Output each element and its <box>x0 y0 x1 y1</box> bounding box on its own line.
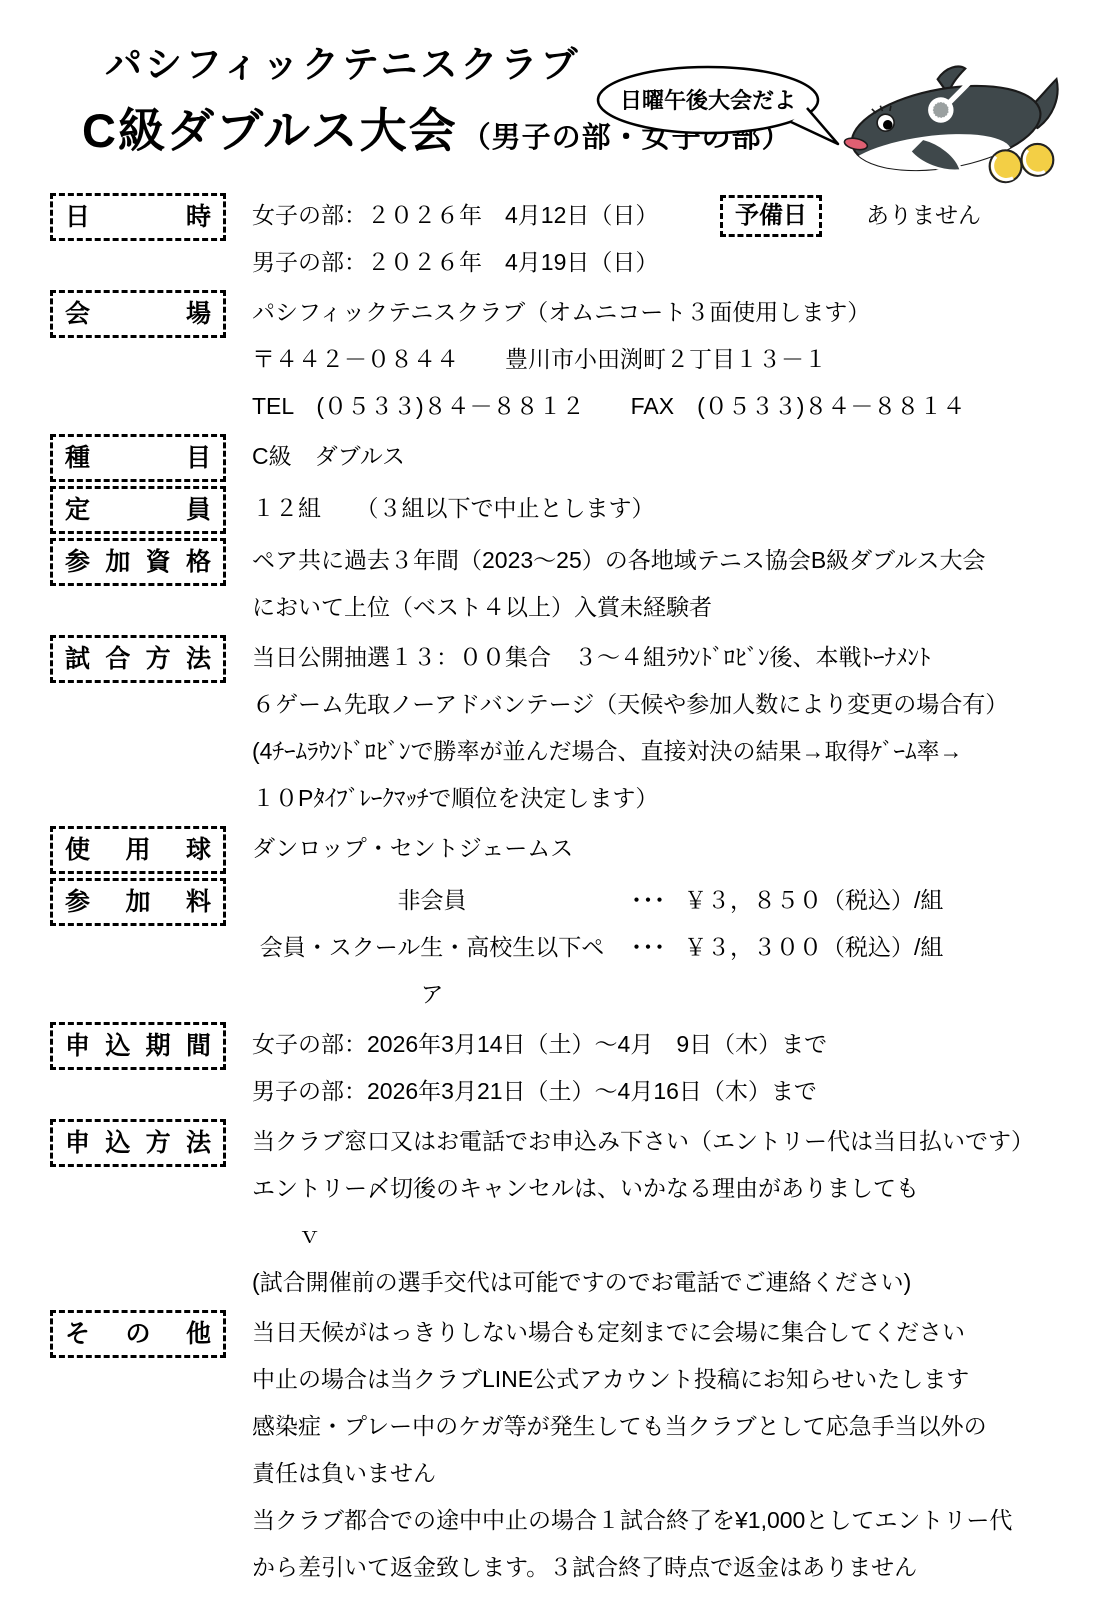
section-label-box: 参加資格 <box>50 538 226 586</box>
text-line: パシフィックテニスクラブ（オムニコート３面使用します） <box>252 289 1062 336</box>
speech-bubble-icon: 日曜午後大会だよ <box>595 62 850 154</box>
section-content: パシフィックテニスクラブ（オムニコート３面使用します）〒４４２－０８４４ 豊川市… <box>252 289 1062 430</box>
section-content: 非会員･･･￥３，８５０（税込）/組会員・スクール生・高校生以下ペア･･･￥３，… <box>252 877 1062 1018</box>
section-teiin: 定員１２組 （３組以下で中止とします） <box>50 485 1062 534</box>
section-content: 当日天候がはっきりしない場合も定刻までに会場に集合してください中止の場合は当クラ… <box>252 1309 1062 1591</box>
flyer-page: パシフィックテニスクラブ C級ダブルス大会 （男子の部・女子の部） 日曜午後大会… <box>0 0 1100 1600</box>
text-line: ペア共に過去３年間（2023～25）の各地域テニス協会B級ダブルス大会 <box>252 537 1062 584</box>
section-sankaryo: 参加料非会員･･･￥３，８５０（税込）/組会員・スクール生・高校生以下ペア･･･… <box>50 877 1062 1018</box>
section-sonota: その他当日天候がはっきりしない場合も定刻までに会場に集合してください中止の場合は… <box>50 1309 1062 1591</box>
text-line: 責任は負いません <box>252 1450 1062 1497</box>
fee-dots: ･･･ <box>612 924 684 1018</box>
section-kaijo: 会場パシフィックテニスクラブ（オムニコート３面使用します）〒４４２－０８４４ 豊… <box>50 289 1062 430</box>
section-moshikomi-hoho: 申込方法当クラブ窓口又はお電話でお申込み下さい（エントリー代は当日払いです）エン… <box>50 1118 1062 1306</box>
fee-row: 非会員･･･￥３，８５０（税込）/組 <box>252 877 1062 924</box>
section-label-box: 定員 <box>50 486 226 534</box>
text-line: ６ゲーム先取ノーアドバンテージ（天候や参加人数により変更の場合有） <box>252 681 1062 728</box>
text-line: から差引いて返金致します。３試合終了時点で返金はありません <box>252 1544 1062 1591</box>
text-line: １０Pﾀｲﾌﾞﾚｰｸﾏｯﾁで順位を決定します） <box>252 775 1062 822</box>
section-content: ペア共に過去３年間（2023～25）の各地域テニス協会B級ダブルス大会において上… <box>252 537 1062 631</box>
text-line: ダンロップ・セントジェームス <box>252 825 1062 872</box>
section-content: 女子の部：２０２６年 4月12日（日）予備日ありません男子の部：２０２６年 4月… <box>252 192 1062 286</box>
text-line: 女子の部：２０２６年 4月12日（日） <box>252 192 720 239</box>
section-content: 当クラブ窓口又はお電話でお申込み下さい（エントリー代は当日払いです）エントリー〆… <box>252 1118 1062 1306</box>
text-line: TEL (０５３３)８４－８８１２ FAX (０５３３)８４－８８１４ <box>252 383 1062 430</box>
fee-row: 会員・スクール生・高校生以下ペア･･･￥３，３００（税込）/組 <box>252 924 1062 1018</box>
section-label-box: 申込期間 <box>50 1022 226 1070</box>
speech-bubble-text: 日曜午後大会だよ <box>620 88 796 113</box>
reserve-day-label-box: 予備日 <box>720 195 822 237</box>
text-line: C級 ダブルス <box>252 433 1062 480</box>
section-label-box: その他 <box>50 1310 226 1358</box>
section-shiyo-kyu: 使用球ダンロップ・セントジェームス <box>50 825 1062 874</box>
text-line: ｖ <box>252 1212 1062 1259</box>
sections: 日時女子の部：２０２６年 4月12日（日）予備日ありません男子の部：２０２６年 … <box>50 192 1062 1591</box>
text-line: 〒４４２－０８４４ 豊川市小田渕町２丁目１３－１ <box>252 336 1062 383</box>
mascot <box>840 62 1065 194</box>
text-line: において上位（ベスト４以上）入賞未経験者 <box>252 584 1062 631</box>
event-title: C級ダブルス大会 <box>82 94 458 161</box>
section-nichiji: 日時女子の部：２０２６年 4月12日（日）予備日ありません男子の部：２０２６年 … <box>50 192 1062 286</box>
section-sanka-shikaku: 参加資格ペア共に過去３年間（2023～25）の各地域テニス協会B級ダブルス大会に… <box>50 537 1062 631</box>
text-line: 当日天候がはっきりしない場合も定刻までに会場に集合してください <box>252 1309 1062 1356</box>
dolphin-with-tennis-racket-and-balls-icon <box>840 62 1065 194</box>
text-line: (試合開催前の選手交代は可能ですのでお電話でご連絡ください) <box>252 1259 1062 1306</box>
text-line: 中止の場合は当クラブLINE公式アカウント投稿にお知らせいたします <box>252 1356 1062 1403</box>
text-line: １２組 （３組以下で中止とします） <box>252 485 1062 532</box>
text-line: 男子の部：２０２６年 4月19日（日） <box>252 239 1062 286</box>
fee-name: 非会員 <box>252 877 612 924</box>
text-line: 当日公開抽選１３：００集合 ３～４組ﾗｳﾝﾄﾞﾛﾋﾞﾝ後、本戦ﾄｰﾅﾒﾝﾄ <box>252 634 1062 681</box>
text-line: エントリー〆切後のキャンセルは、いかなる理由がありましても <box>252 1165 1062 1212</box>
flyer-header: パシフィックテニスクラブ C級ダブルス大会 （男子の部・女子の部） 日曜午後大会… <box>50 34 1062 192</box>
section-label-box: 会場 <box>50 290 226 338</box>
reserve-day-value: ありません <box>866 192 981 239</box>
text-line: 女子の部：2026年3月14日（土）～4月 9日（木）まで <box>252 1021 1062 1068</box>
section-content: 女子の部：2026年3月14日（土）～4月 9日（木）まで男子の部：2026年3… <box>252 1021 1062 1115</box>
section-moshikomi-kikan: 申込期間女子の部：2026年3月14日（土）～4月 9日（木）まで男子の部：20… <box>50 1021 1062 1115</box>
section-shumoku: 種目C級 ダブルス <box>50 433 1062 482</box>
speech-bubble: 日曜午後大会だよ <box>595 62 850 154</box>
fee-price: ￥３，８５０（税込）/組 <box>684 877 1062 924</box>
text-line: 当クラブ都合での途中中止の場合１試合終了を¥1,000としてエントリー代 <box>252 1497 1062 1544</box>
section-label-box: 種目 <box>50 434 226 482</box>
text-line: (4ﾁｰﾑﾗｳﾝﾄﾞﾛﾋﾞﾝで勝率が並んだ場合、直接対決の結果→取得ｹﾞｰﾑ率→ <box>252 728 1062 775</box>
text-line: 当クラブ窓口又はお電話でお申込み下さい（エントリー代は当日払いです） <box>252 1118 1062 1165</box>
text-line: 男子の部：2026年3月21日（土）～4月16日（木）まで <box>252 1068 1062 1115</box>
section-shiai-hoho: 試合方法当日公開抽選１３：００集合 ３～４組ﾗｳﾝﾄﾞﾛﾋﾞﾝ後、本戦ﾄｰﾅﾒﾝ… <box>50 634 1062 822</box>
section-label-box: 使用球 <box>50 826 226 874</box>
section-content: 当日公開抽選１３：００集合 ３～４組ﾗｳﾝﾄﾞﾛﾋﾞﾝ後、本戦ﾄｰﾅﾒﾝﾄ６ゲー… <box>252 634 1062 822</box>
section-label-box: 日時 <box>50 193 226 241</box>
section-label-box: 参加料 <box>50 878 226 926</box>
section-content: １２組 （３組以下で中止とします） <box>252 485 1062 532</box>
section-label-box: 申込方法 <box>50 1119 226 1167</box>
text-line: 女子の部：２０２６年 4月12日（日）予備日ありません <box>252 192 1062 239</box>
fee-price: ￥３，３００（税込）/組 <box>684 924 1062 1018</box>
fee-dots: ･･･ <box>612 877 684 924</box>
section-content: C級 ダブルス <box>252 433 1062 480</box>
fee-name: 会員・スクール生・高校生以下ペア <box>252 924 612 1018</box>
text-line: 感染症・プレー中のケガ等が発生しても当クラブとして応急手当以外の <box>252 1403 1062 1450</box>
section-label-box: 試合方法 <box>50 635 226 683</box>
section-content: ダンロップ・セントジェームス <box>252 825 1062 872</box>
